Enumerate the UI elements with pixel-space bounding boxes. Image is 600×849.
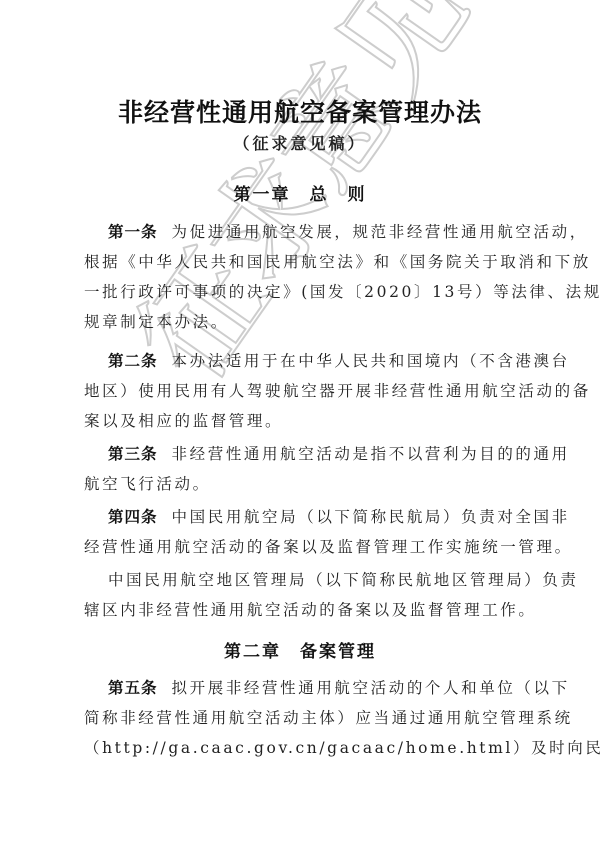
article-5-line-1: 第五条拟开展非经营性通用航空活动的个人和单位（以下 [108,677,520,699]
chapter-heading-1: 第一章 总 则 [0,180,600,205]
article-1-line-2: 根据《中华人民共和国民用航空法》和《国务院关于取消和下放 [84,251,520,273]
article-4-line-2: 经营性通用航空活动的备案以及监督管理工作实施统一管理。 [84,536,520,558]
article-4-line-1: 第四条中国民用航空局（以下简称民航局）负责对全国非 [108,506,520,528]
document-page: 征求意见稿 非经营性通用航空备案管理办法 （征求意见稿） 第一章 总 则 第一条… [0,0,600,849]
article-5-label: 第五条 [108,679,158,697]
article-1-line-1: 第一条为促进通用航空发展，规范非经营性通用航空活动， [108,221,520,243]
article-2-line-2: 地区）使用民用有人驾驶航空器开展非经营性通用航空活动的备 [84,380,520,402]
article-3-label: 第三条 [108,445,158,463]
document-title: 非经营性通用航空备案管理办法 [0,93,600,129]
article-2-line-1: 第二条本办法适用于在中华人民共和国境内（不含港澳台 [108,350,520,372]
document-subtitle: （征求意见稿） [0,131,600,154]
article-5-line-3: （http://ga.caac.gov.cn/gacaac/home.html）… [84,737,520,759]
article-4-para2-line-1: 中国民用航空地区管理局（以下简称民航地区管理局）负责 [108,569,520,591]
article-2-line-3: 案以及相应的监督管理。 [84,410,520,432]
article-4-label: 第四条 [108,508,158,526]
article-1-line-4: 规章制定本办法。 [84,311,520,333]
article-1-line-3: 一批行政许可事项的决定》(国发〔2020〕13号）等法律、法规、 [84,281,520,303]
article-1-label: 第一条 [108,223,158,241]
chapter-heading-2: 第二章 备案管理 [0,637,600,662]
article-2-label: 第二条 [108,352,158,370]
article-3-line-2: 航空飞行活动。 [84,473,520,495]
article-3-line-1: 第三条非经营性通用航空活动是指不以营利为目的的通用 [108,443,520,465]
article-4-para2-line-2: 辖区内非经营性通用航空活动的备案以及监督管理工作。 [84,599,520,621]
article-5-line-2: 简称非经营性通用航空活动主体）应当通过通用航空管理系统 [84,707,520,729]
